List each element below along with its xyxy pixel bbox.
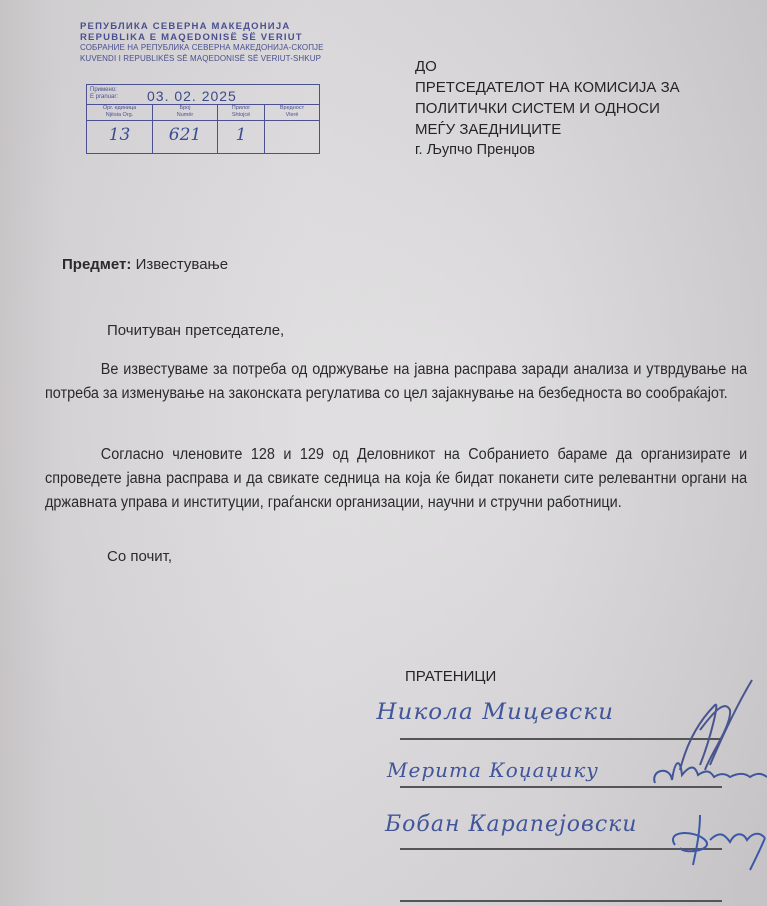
number-value: 621 (153, 121, 217, 145)
addressee-line: ПОЛИТИЧКИ СИСТЕМ И ОДНОСИ (415, 98, 680, 119)
stamp-line: REPUBLIKA E MAQEDONISË SË VERIUT (80, 33, 340, 44)
handwritten-name: Бобан Карапејовски (385, 812, 637, 837)
handwritten-name: Мерита Коџаџику (387, 758, 599, 782)
registry-stamp-box: Примено: E pranuar: 03. 02. 2025 Орг. ед… (86, 84, 320, 154)
stamp-col-header: Прилог Shtojcë (218, 104, 264, 121)
org-unit-value: 13 (87, 121, 152, 145)
stamp-columns: Орг. единица Njësia Org. 13 Број Numër 6… (87, 104, 319, 153)
addressee-line: МЕЃУ ЗАЕДНИЦИТЕ (415, 119, 680, 140)
addressee-line: ДО (415, 56, 680, 77)
col-label-sq: Njësia Org. (87, 112, 152, 119)
stamp-received-row: Примено: E pranuar: 03. 02. 2025 (87, 85, 319, 105)
col-label-sq: Shtojcë (218, 112, 264, 119)
handwritten-name: Никола Мицевски (376, 700, 614, 725)
attachment-value: 1 (218, 121, 264, 145)
stamp-col-number: Број Numër 621 (153, 104, 218, 153)
stamp-col-org-unit: Орг. единица Njësia Org. 13 (87, 104, 153, 153)
stamp-line: РЕПУБЛИКА СЕВЕРНА МАКЕДОНИЈА (80, 22, 340, 33)
signers-title: ПРАТЕНИЦИ (405, 668, 496, 685)
received-date: 03. 02. 2025 (147, 88, 237, 104)
addressee-block: ДО ПРЕТСЕДАТЕЛОТ НА КОМИСИЈА ЗА ПОЛИТИЧК… (415, 56, 680, 161)
stamp-col-header: Број Numër (153, 104, 217, 121)
stamp-line: KUVENDI I REPUBLIKËS SË MAQEDONISË SË VE… (80, 54, 340, 65)
stamp-col-value: Вредност Vlerë (265, 104, 319, 153)
body-paragraph: Ве известуваме за потреба од одржување н… (45, 358, 747, 406)
signature-scribble (665, 810, 767, 875)
value-value (265, 121, 319, 125)
col-label-sq: Vlerë (265, 112, 319, 119)
stamp-col-header: Вредност Vlerë (265, 104, 319, 121)
addressee-name: г. Љупчо Пренџов (415, 140, 680, 161)
col-label-mk: Вредност (265, 105, 319, 112)
registry-stamp-header: РЕПУБЛИКА СЕВЕРНА МАКЕДОНИЈА REPUBLIKA E… (80, 22, 340, 64)
col-label-sq: Numër (153, 112, 217, 119)
subject-line: Предмет: Известување (62, 256, 228, 273)
col-label-mk: Број (153, 105, 217, 112)
col-label-mk: Орг. единица (87, 105, 152, 112)
stamp-col-header: Орг. единица Njësia Org. (87, 104, 152, 121)
col-label-mk: Прилог (218, 105, 264, 112)
stamp-col-attachment: Прилог Shtojcë 1 (218, 104, 265, 153)
received-label-mk: Примено: (90, 87, 118, 94)
closing: Со почит, (107, 548, 172, 565)
greeting: Почитуван претседателе, (107, 322, 284, 339)
addressee-line: ПРЕТСЕДАТЕЛОТ НА КОМИСИЈА ЗА (415, 77, 680, 98)
subject-label: Предмет: (62, 256, 131, 273)
subject-value: Известување (136, 256, 229, 273)
signature-line (400, 900, 722, 902)
body-paragraph: Согласно членовите 128 и 129 од Деловник… (45, 443, 747, 515)
stamp-line: СОБРАНИЕ НА РЕПУБЛИКА СЕВЕРНА МАКЕДОНИЈА… (80, 43, 340, 54)
received-label: Примено: E pranuar: (90, 87, 118, 101)
signature-scribble (650, 755, 767, 795)
received-label-sq: E pranuar: (90, 94, 118, 101)
